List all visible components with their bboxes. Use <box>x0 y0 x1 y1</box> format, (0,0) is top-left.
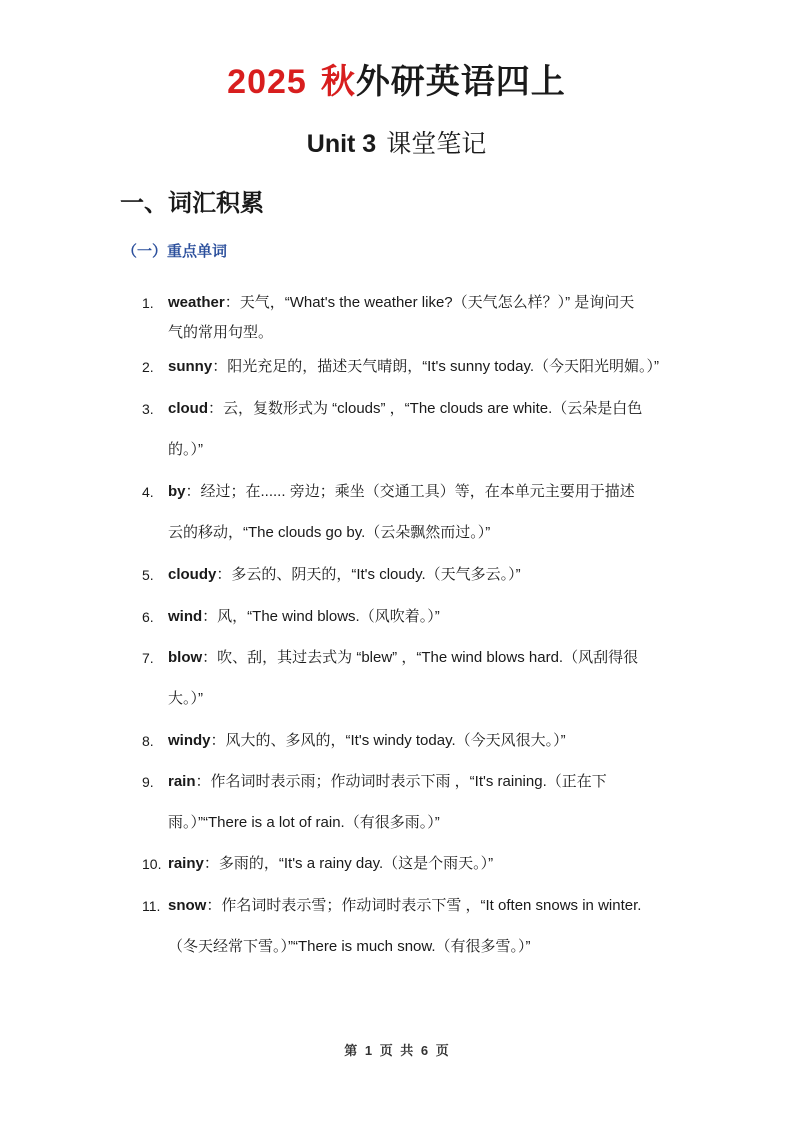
vocab-definition: ：多雨的，“It's a rainy day.（这是个雨天。）” <box>204 855 493 872</box>
vocab-item: 10. rainy：多雨的，“It's a rainy day.（这是个雨天。）… <box>142 852 702 876</box>
vocab-definition: ：风，“The wind blows.（风吹着。）” <box>202 608 440 625</box>
vocab-word: snow <box>168 897 206 914</box>
vocab-word: rainy <box>168 855 204 872</box>
vocab-definition: ：作名词时表示雨；作动词时表示下雨 ，“It's raining.（正在下 <box>196 773 607 790</box>
item-number: 5. <box>142 563 154 587</box>
vocab-item: 8. windy：风大的、多风的，“It's windy today.（今天风很… <box>142 729 702 753</box>
item-line: cloudy：多云的、阴天的，“It's cloudy.（天气多云。）” <box>168 563 702 587</box>
item-number: 11. <box>142 894 160 918</box>
item-line: windy：风大的、多风的，“It's windy today.（今天风很大。）… <box>168 729 702 753</box>
vocab-definition: ：云，复数形式为 “clouds” ，“The clouds are white… <box>208 400 642 417</box>
item-number: 2. <box>142 355 154 379</box>
vocab-word: windy <box>168 732 211 749</box>
item-line: wind：风，“The wind blows.（风吹着。）” <box>168 605 702 629</box>
vocab-item: 5. cloudy：多云的、阴天的，“It's cloudy.（天气多云。）” <box>142 563 702 587</box>
vocab-item: 2. sunny：阳光充足的，描述天气晴朗，“It's sunny today.… <box>142 355 702 379</box>
vocab-item: 4. by：经过；在...... 旁边；乘坐（交通工具）等，在本单元主要用于描述… <box>142 480 702 545</box>
item-line-continued: （冬天经常下雪。）”“There is much snow.（有很多雪。）” <box>168 935 702 959</box>
document-page: 2025秋外研英语四上 Unit 3课堂笔记 一、词汇积累 （一）重点单词 1.… <box>0 0 793 1121</box>
vocab-item: 6. wind：风，“The wind blows.（风吹着。）” <box>142 605 702 629</box>
item-line: rainy：多雨的，“It's a rainy day.（这是个雨天。）” <box>168 852 702 876</box>
document-subtitle: Unit 3课堂笔记 <box>0 126 793 162</box>
vocab-word: wind <box>168 608 202 625</box>
document-title: 2025秋外研英语四上 <box>0 58 793 106</box>
vocab-word: sunny <box>168 358 212 375</box>
item-line: rain：作名词时表示雨；作动词时表示下雨 ，“It's raining.（正在… <box>168 770 702 794</box>
item-number: 7. <box>142 646 154 670</box>
vocab-definition: ：阳光充足的，描述天气晴朗，“It's sunny today.（今天阳光明媚。… <box>212 358 659 375</box>
title-rest: 外研英语四上 <box>356 63 566 101</box>
vocab-item: 7. blow：吹、刮，其过去式为 “blew” ，“The wind blow… <box>142 646 702 711</box>
vocab-item: 3. cloud：云，复数形式为 “clouds” ，“The clouds a… <box>142 397 702 462</box>
vocab-definition: ：经过；在...... 旁边；乘坐（交通工具）等，在本单元主要用于描述 <box>186 483 635 500</box>
vocab-word: by <box>168 483 186 500</box>
item-number: 6. <box>142 605 154 629</box>
item-line-continued: 雨。）”“There is a lot of rain.（有很多雨。）” <box>168 811 702 835</box>
item-line: blow：吹、刮，其过去式为 “blew” ，“The wind blows h… <box>168 646 702 670</box>
vocab-item: 9. rain：作名词时表示雨；作动词时表示下雨 ，“It's raining.… <box>142 770 702 835</box>
item-number: 1. <box>142 291 154 315</box>
item-line: by：经过；在...... 旁边；乘坐（交通工具）等，在本单元主要用于描述 <box>168 480 702 504</box>
item-number: 10. <box>142 852 161 876</box>
item-line-continued: 大。）” <box>168 687 702 711</box>
item-number: 9. <box>142 770 154 794</box>
item-number: 4. <box>142 480 154 504</box>
item-number: 8. <box>142 729 154 753</box>
section-heading: 一、词汇积累 <box>120 186 264 222</box>
vocab-definition: ：多云的、阴天的，“It's cloudy.（天气多云。）” <box>216 566 520 583</box>
vocab-word: weather <box>168 294 225 311</box>
sub-heading: （一）重点单词 <box>122 241 227 263</box>
page-footer: 第 1 页 共 6 页 <box>0 1040 793 1059</box>
vocab-definition: ：天气，“What's the weather like?（天气怎么样？）” 是… <box>225 294 635 311</box>
vocab-word: rain <box>168 773 196 790</box>
subtitle-label: 课堂笔记 <box>386 130 486 158</box>
item-line: cloud：云，复数形式为 “clouds” ，“The clouds are … <box>168 397 702 421</box>
item-number: 3. <box>142 397 154 421</box>
vocab-item: 11. snow：作名词时表示雪；作动词时表示下雪 ，“It often sno… <box>142 894 702 959</box>
title-year: 2025 <box>227 63 307 101</box>
vocab-word: cloud <box>168 400 208 417</box>
subtitle-unit: Unit 3 <box>307 130 376 158</box>
vocab-word: cloudy <box>168 566 216 583</box>
vocab-definition: ：吹、刮，其过去式为 “blew” ，“The wind blows hard.… <box>202 649 638 666</box>
vocab-definition: ：风大的、多风的，“It's windy today.（今天风很大。）” <box>211 732 566 749</box>
title-season: 秋 <box>321 63 356 101</box>
item-line-continued: 的。）” <box>168 438 702 462</box>
item-line-continued: 气的常用句型。 <box>168 321 702 345</box>
vocab-item: 1. weather：天气，“What's the weather like?（… <box>142 291 702 345</box>
item-line: sunny：阳光充足的，描述天气晴朗，“It's sunny today.（今天… <box>168 355 702 379</box>
vocab-definition: ：作名词时表示雪；作动词时表示下雪 ，“It often snows in wi… <box>206 897 641 914</box>
item-line-continued: 云的移动，“The clouds go by.（云朵飘然而过。）” <box>168 521 702 545</box>
item-line: weather：天气，“What's the weather like?（天气怎… <box>168 291 702 315</box>
item-line: snow：作名词时表示雪；作动词时表示下雪 ，“It often snows i… <box>168 894 702 918</box>
vocab-word: blow <box>168 649 202 666</box>
